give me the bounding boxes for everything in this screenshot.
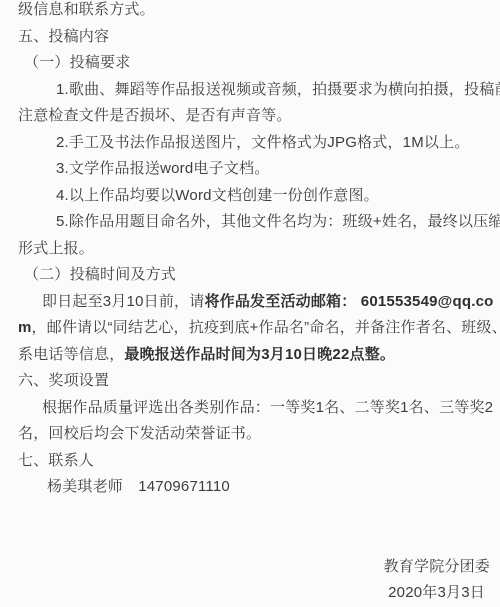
text-segment: 5.除作品用题目命名外，其他文件名均为：班级+姓名，最终以压缩包 bbox=[56, 213, 500, 230]
signature-date: 2020年3月3日 bbox=[18, 580, 485, 607]
text-segment: 名，回校后均会下发活动荣誉证书。 bbox=[18, 425, 261, 442]
text-segment: 根据作品质量评选出各类别作品：一等奖1名、二等奖1名、三等奖2 bbox=[42, 399, 493, 416]
text-segment: 教育学院分团委 bbox=[384, 558, 490, 575]
para-awards-line-2: 名，回校后均会下发活动荣誉证书。 bbox=[18, 421, 482, 448]
item-2: 2.手工及书法作品报送图片，文件格式为JPG格式，1M以上。 bbox=[18, 130, 482, 157]
item-1-line-1: 1.歌曲、舞蹈等作品报送视频或音频，拍摄要求为横向拍摄，投稿前请 bbox=[18, 77, 482, 104]
subheading-1-submission-requirements: （一）投稿要求 bbox=[18, 50, 482, 77]
para-time-line-1: 即日起至3月10日前，请将作品发至活动邮箱： 601553549@qq.co bbox=[18, 289, 482, 316]
text-segment: 1.歌曲、舞蹈等作品报送视频或音频，拍摄要求为横向拍摄，投稿前请 bbox=[56, 81, 500, 98]
item-4: 4.以上作品均要以Word文档创建一份创作意图。 bbox=[18, 183, 482, 210]
heading-section-5-submission-content: 五、投稿内容 bbox=[18, 24, 482, 51]
document-page: 级信息和联系方式。五、投稿内容（一）投稿要求1.歌曲、舞蹈等作品报送视频或音频，… bbox=[0, 0, 500, 607]
text-segment: 五、投稿内容 bbox=[18, 28, 109, 45]
text-segment-bold: m bbox=[18, 319, 32, 336]
item-3: 3.文学作品报送word电子文档。 bbox=[18, 156, 482, 183]
text-segment: （二）投稿时间及方式 bbox=[24, 266, 176, 283]
text-segment: ，邮件请以“同结艺心，抗疫到底+作品名”命名，并备注作者名、班级、联 bbox=[32, 319, 500, 336]
para-time-line-2: m，邮件请以“同结艺心，抗疫到底+作品名”命名，并备注作者名、班级、联 bbox=[18, 315, 482, 342]
text-segment: 杨美琪老师 14709671110 bbox=[47, 478, 230, 495]
text-segment: 形式上报。 bbox=[18, 240, 94, 257]
item-5-line-2: 形式上报。 bbox=[18, 236, 482, 263]
text-segment: 2.手工及书法作品报送图片，文件格式为JPG格式，1M以上。 bbox=[56, 134, 470, 151]
signature-organization: 教育学院分团委 bbox=[18, 554, 490, 581]
text-segment: 即日起至3月10日前，请 bbox=[42, 293, 204, 310]
contact-name-and-phone: 杨美琪老师 14709671110 bbox=[18, 474, 482, 501]
text-segment: 六、奖项设置 bbox=[18, 372, 109, 389]
text-segment: 系电话等信息， bbox=[18, 346, 124, 363]
para-time-line-3: 系电话等信息，最晚报送作品时间为3月10日晚22点整。 bbox=[18, 342, 482, 369]
text-segment-bold: 将作品发至活动邮箱： 601553549@qq.co bbox=[204, 293, 493, 310]
spacer-line bbox=[18, 527, 482, 554]
text-segment: 2020年3月3日 bbox=[388, 584, 485, 601]
subheading-2-submission-time-and-method: （二）投稿时间及方式 bbox=[18, 262, 482, 289]
heading-section-7-contact-person: 七、联系人 bbox=[18, 448, 482, 475]
text-segment: （一）投稿要求 bbox=[24, 54, 130, 71]
text-segment-bold: 最晚报送作品时间为3月10日晚22点整。 bbox=[124, 346, 395, 363]
text-segment: 级信息和联系方式。 bbox=[18, 1, 155, 18]
spacer-line bbox=[18, 501, 482, 528]
item-5-line-1: 5.除作品用题目命名外，其他文件名均为：班级+姓名，最终以压缩包 bbox=[18, 209, 482, 236]
text-segment: 注意检查文件是否损坏、是否有声音等。 bbox=[18, 107, 292, 124]
text-segment: 3.文学作品报送word电子文档。 bbox=[56, 160, 269, 177]
text-segment: 4.以上作品均要以Word文档创建一份创作意图。 bbox=[56, 187, 379, 204]
heading-section-6-awards: 六、奖项设置 bbox=[18, 368, 482, 395]
para-continuation-class-info: 级信息和联系方式。 bbox=[18, 0, 482, 24]
para-awards-line-1: 根据作品质量评选出各类别作品：一等奖1名、二等奖1名、三等奖2 bbox=[18, 395, 482, 422]
item-1-line-2: 注意检查文件是否损坏、是否有声音等。 bbox=[18, 103, 482, 130]
text-segment: 七、联系人 bbox=[18, 452, 94, 469]
